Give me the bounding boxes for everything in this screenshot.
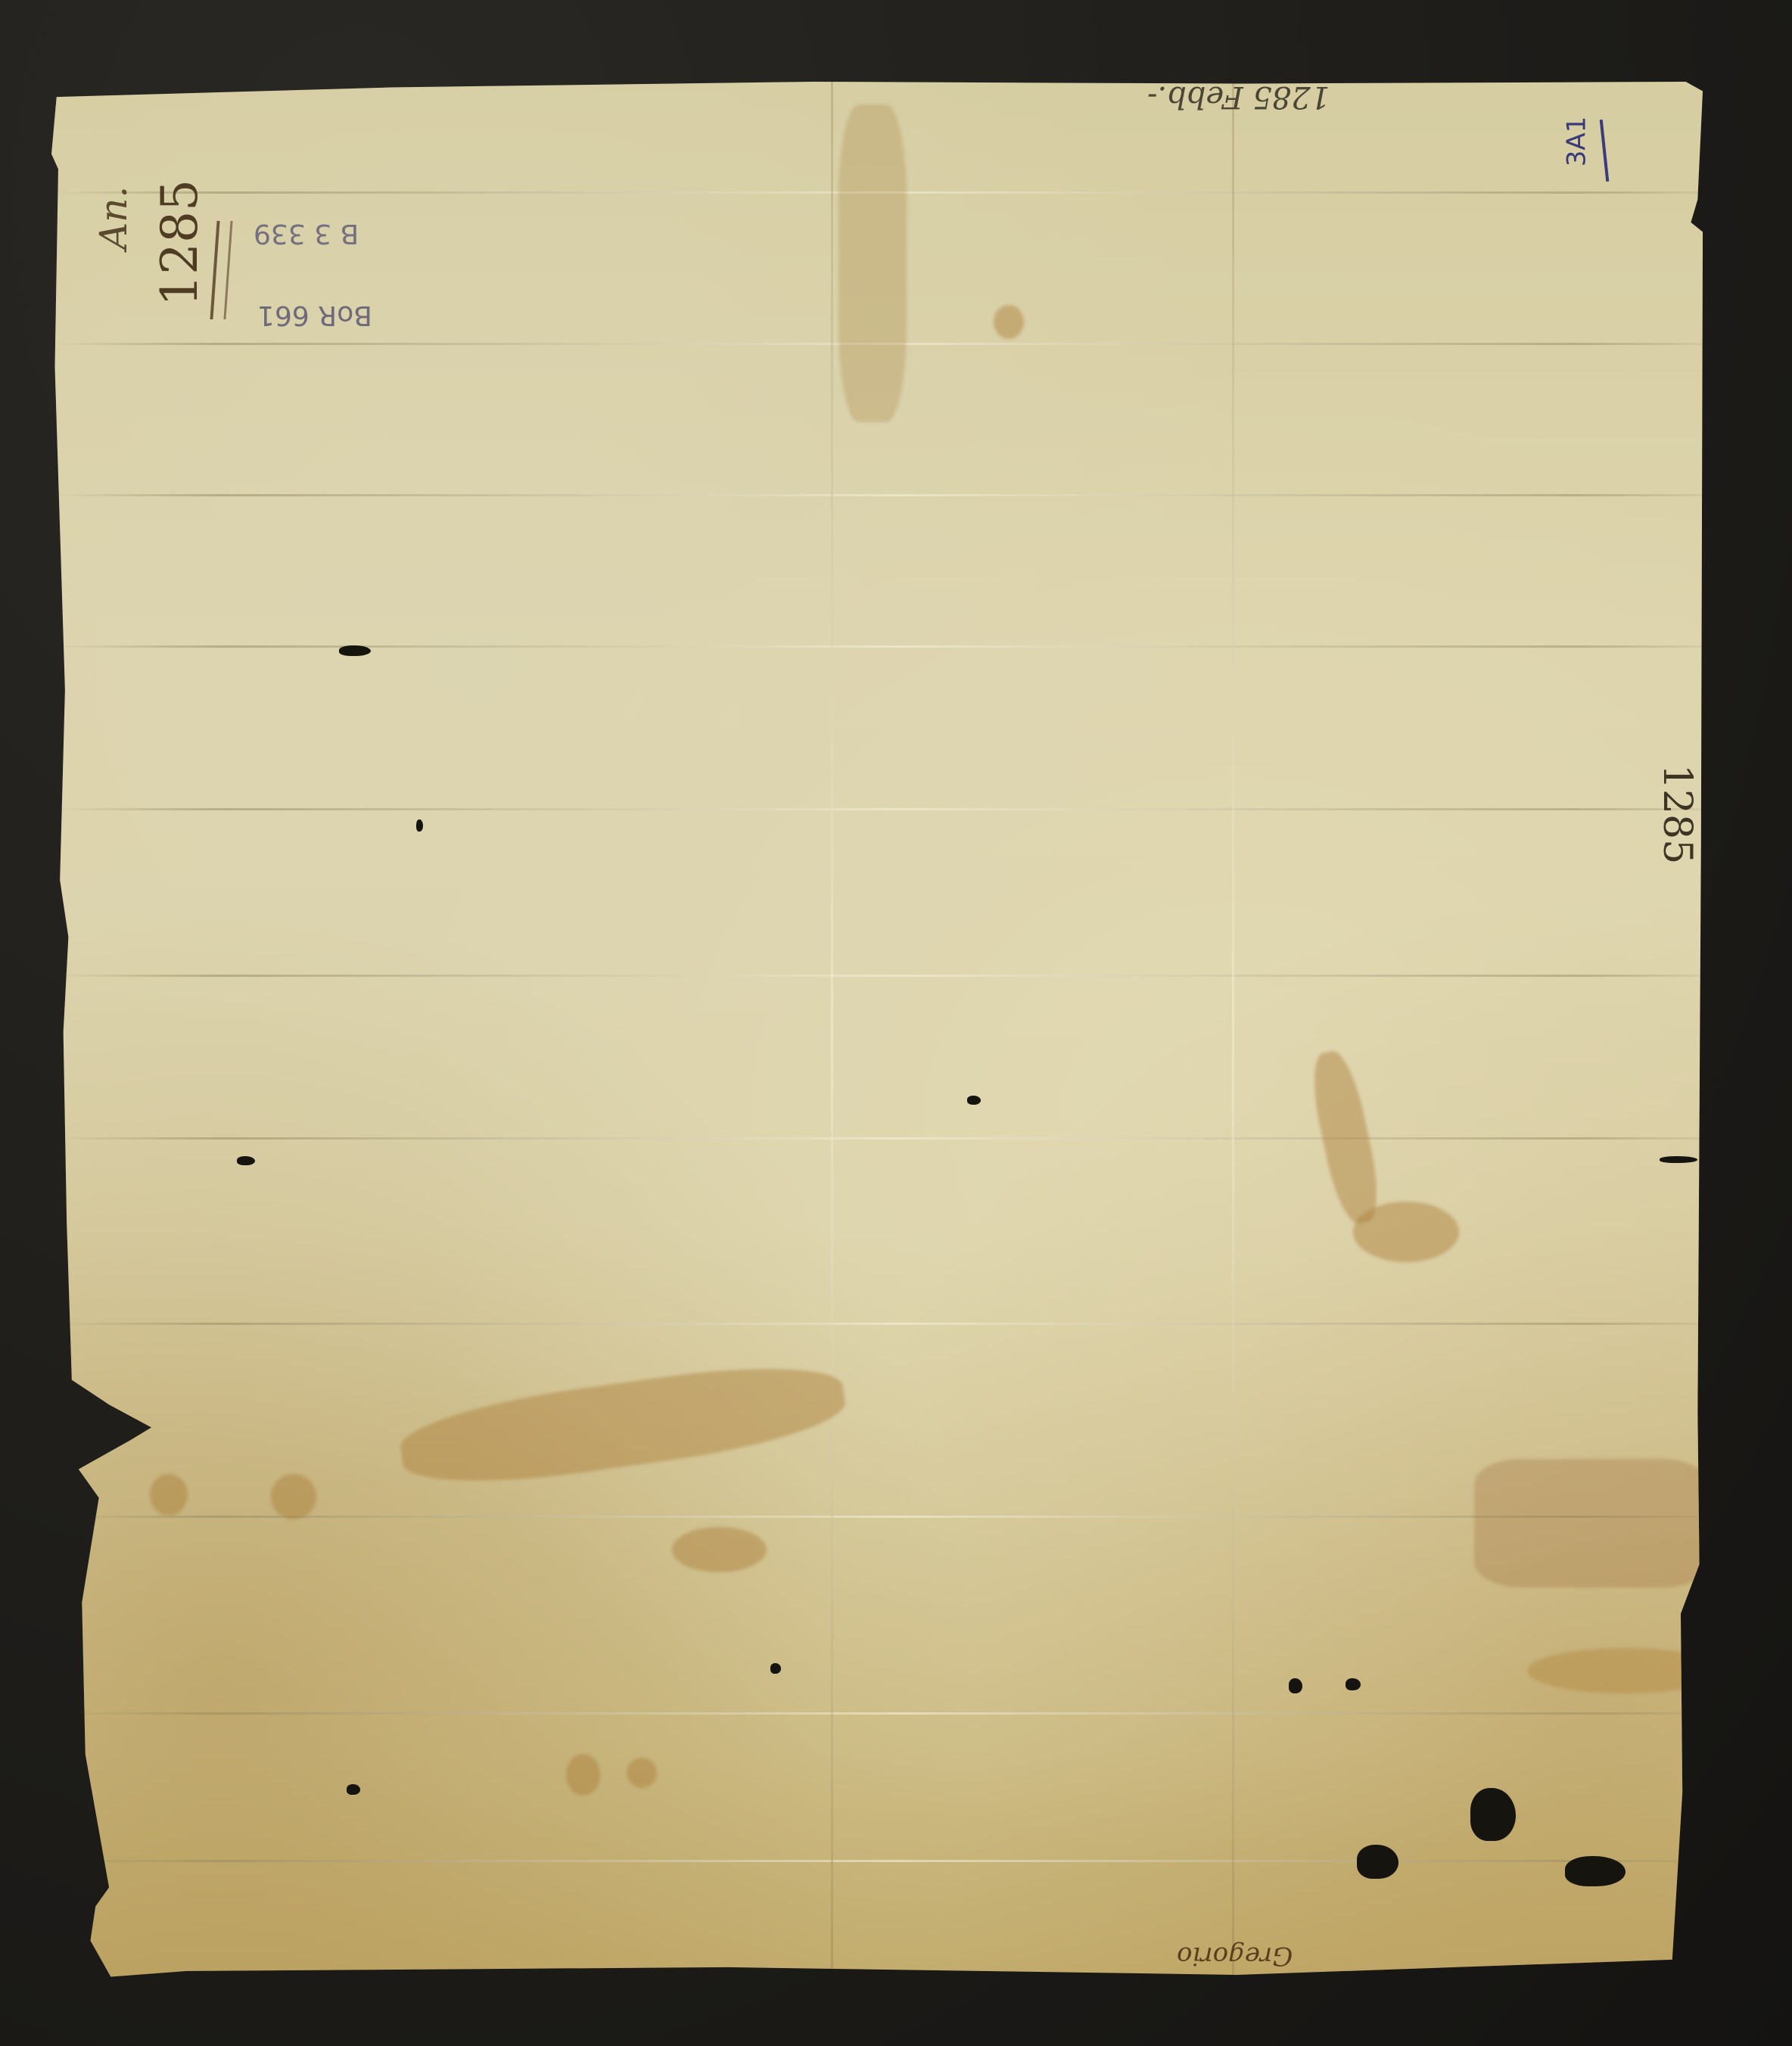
worm-hole (1289, 1678, 1302, 1693)
worm-hole (237, 1156, 255, 1165)
stain-spot (994, 305, 1024, 339)
stain-spot (627, 1758, 657, 1788)
water-stain (1353, 1202, 1459, 1262)
worm-hole (1470, 1788, 1516, 1841)
water-stain (672, 1527, 767, 1572)
fold-line (51, 494, 1745, 496)
fold-line (51, 1860, 1745, 1862)
water-stain (396, 1352, 850, 1497)
annotation-reference-b339: B 3 339 (254, 219, 359, 247)
fold-line (51, 975, 1745, 977)
worm-hole (1357, 1845, 1398, 1879)
worm-hole (1565, 1856, 1626, 1886)
worm-hole (1660, 1156, 1697, 1163)
worm-hole (416, 819, 423, 832)
worm-hole (347, 1784, 360, 1795)
worm-hole (339, 645, 371, 656)
fold-line (51, 1137, 1745, 1140)
vertical-fold (1232, 82, 1234, 1982)
stain-spot (150, 1474, 188, 1516)
stain-spot (271, 1474, 316, 1519)
worm-hole (1346, 1678, 1361, 1690)
fold-line (51, 808, 1745, 810)
worm-hole (967, 1096, 981, 1105)
parchment-sheet (51, 82, 1745, 1982)
fold-line (51, 1323, 1745, 1325)
stain-spot (566, 1754, 600, 1796)
fold-line (51, 645, 1745, 648)
annotation-signature: Gregorio (1177, 1943, 1293, 1969)
annotation-year-top-left: 1285 (155, 179, 205, 306)
worm-hole (770, 1663, 781, 1674)
fold-line (51, 1712, 1745, 1715)
annotation-anno-prefix: An. (95, 186, 132, 250)
annotation-shelfmark: 3A1 (1563, 117, 1589, 167)
vertical-fold (831, 82, 833, 1982)
annotation-reference-bor661: BoR 661 (257, 301, 372, 328)
water-stain (1474, 1459, 1709, 1587)
water-stain (838, 104, 907, 422)
annotation-date-note: 1285 Febb.- (1147, 82, 1330, 112)
annotation-year-right-margin: 1285 (1657, 764, 1697, 864)
